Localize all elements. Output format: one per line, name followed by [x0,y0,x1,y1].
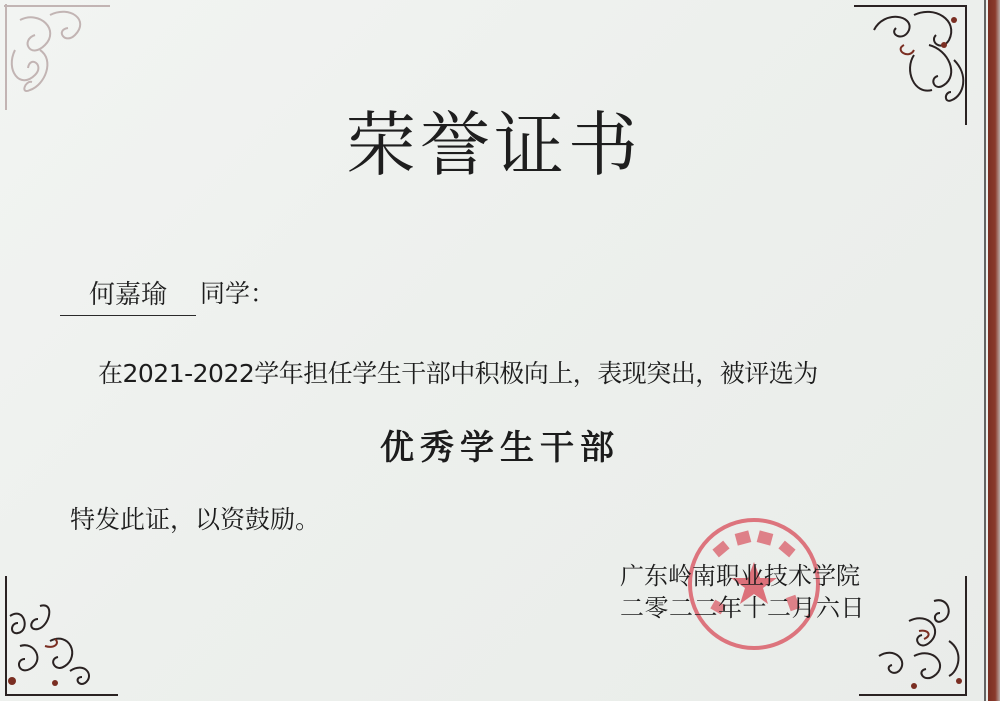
recipient-line: 何嘉瑜 同学： [60,272,275,316]
certificate-body-text: 在2021-2022学年担任学生干部中积极向上，表现突出，被评选为 [98,354,818,390]
corner-ornament-bottom-right-icon [854,571,984,701]
issue-date: 二零二二年十二月六日 [620,588,865,623]
award-title: 优秀学生干部 [0,420,1000,469]
recipient-suffix: 同学： [200,274,275,316]
corner-ornament-bottom-left-icon [0,571,130,701]
issuer-name: 广东岭南职业技术学院 [620,556,860,591]
recipient-name: 何嘉瑜 [60,274,196,316]
closing-text: 特发此证，以资鼓励。 [70,500,320,536]
frame-edge [988,0,1000,701]
certificate-title: 荣誉证书 [0,100,988,190]
